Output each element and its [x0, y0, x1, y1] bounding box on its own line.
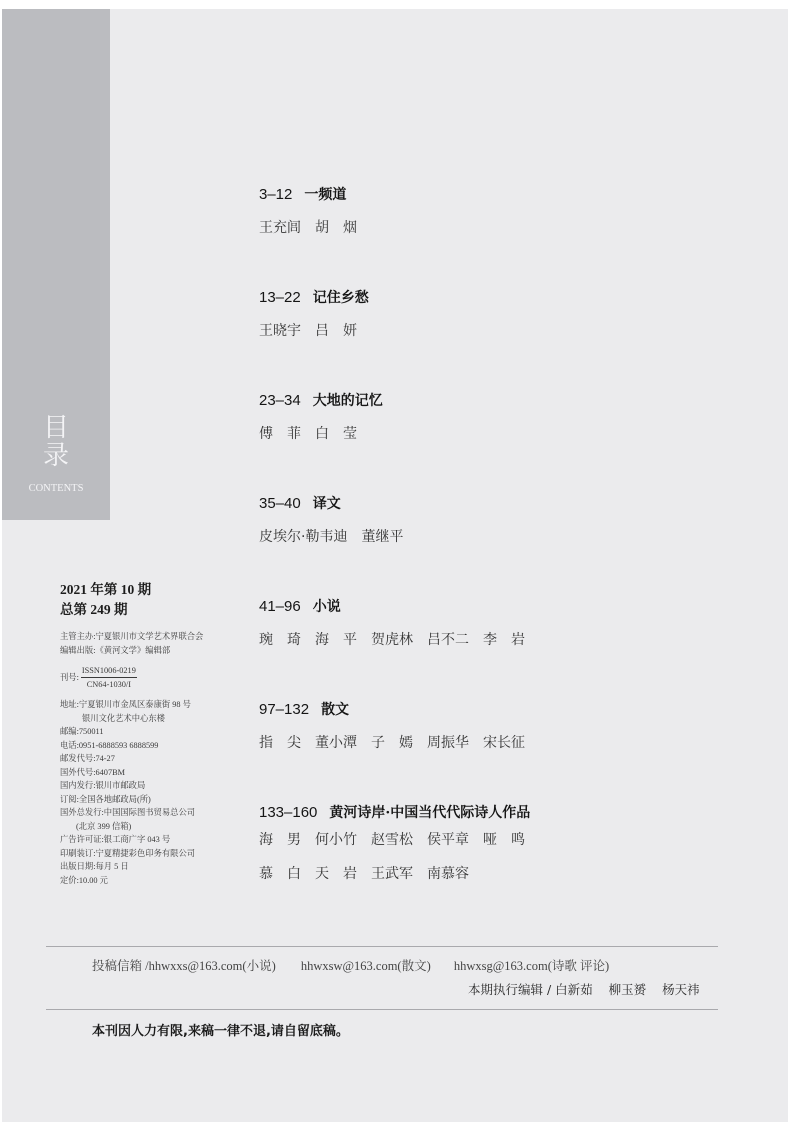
contents-subtitle: CONTENTS	[2, 483, 110, 494]
submission-label: 投稿信箱 /	[92, 959, 149, 973]
toc-authors: 皮埃尔·勒韦迪董继平	[259, 527, 739, 547]
author: 李 岩	[483, 630, 525, 650]
author: 傅 菲	[259, 424, 301, 444]
ad-license: 广告许可证:银工商广字 043 号	[60, 833, 240, 847]
toc-authors: 海 男何小竹赵雪松侯平章哑 鸣	[259, 830, 739, 850]
toc-entry[interactable]: 23–34大地的记忆 傅 菲白 莹	[259, 391, 739, 444]
author: 哑 鸣	[483, 830, 525, 850]
author: 董继平	[361, 527, 403, 547]
divider-bottom	[46, 1009, 718, 1010]
editors-label: 本期执行编辑 / 白新茹	[468, 982, 593, 997]
sponsor-line: 主管主办:宁夏银川市文学艺术界联合会	[60, 630, 240, 644]
submission-emails: 投稿信箱 /hhwxxs@163.com(小说) hhwxsw@163.com(…	[92, 957, 629, 975]
publish-date: 出版日期:每月 5 日	[60, 860, 240, 874]
contents-title-char-1: 目	[2, 414, 110, 442]
magazine-contents-page: 目 录 CONTENTS 2021 年第 10 期 总第 249 期 主管主办:…	[2, 9, 788, 1122]
submission-email-fiction[interactable]: 投稿信箱 /hhwxxs@163.com(小说)	[92, 959, 276, 973]
submission-email-poetry[interactable]: hhwxsg@163.com(诗歌 评论)	[454, 959, 609, 973]
phone: 电话:0951-6888593 6888599	[60, 739, 240, 753]
toc-authors: 傅 菲白 莹	[259, 424, 739, 444]
toc-title: 黄河诗岸·中国当代代际诗人作品	[329, 803, 530, 823]
total-issue-number: 总第 249 期	[60, 600, 240, 620]
overseas-code: 国外代号:6407BM	[60, 766, 240, 780]
toc-authors: 指 尖董小潭子 嫣周振华宋长征	[259, 733, 739, 753]
toc-pages: 3–12	[259, 185, 292, 205]
subscription: 订阅:全国各地邮政局(所)	[60, 793, 240, 807]
cn-number: CN64-1030/I	[87, 678, 131, 690]
price: 定价:10.00 元	[60, 874, 240, 888]
toc-title: 散文	[321, 700, 349, 720]
toc-title: 译文	[313, 494, 341, 514]
issn-fraction: ISSN1006-0219 CN64-1030/I	[81, 665, 137, 690]
author: 何小竹	[315, 830, 357, 850]
author: 王晓宇	[259, 321, 301, 341]
editor-name: 杨天祎	[662, 982, 700, 997]
toc-authors: 王晓宇吕 妍	[259, 321, 739, 341]
overseas-po-box: (北京 399 信箱)	[60, 820, 240, 834]
toc-entry[interactable]: 13–22记住乡愁 王晓宇吕 妍	[259, 288, 739, 341]
toc-entry[interactable]: 41–96小说 琬 琦海 平贺虎林吕不二李 岩	[259, 597, 739, 650]
toc-pages: 41–96	[259, 597, 301, 617]
author: 吕不二	[427, 630, 469, 650]
overseas-distribution: 国外总发行:中国国际图书贸易总公司	[60, 806, 240, 820]
email-fiction: hhwxxs@163.com(小说)	[149, 959, 276, 973]
divider-top	[46, 946, 718, 947]
toc-authors: 王充闾胡 烟	[259, 218, 739, 238]
author: 吕 妍	[315, 321, 357, 341]
address-line-2: 银川文化艺术中心东楼	[60, 712, 240, 726]
author: 皮埃尔·勒韦迪	[259, 527, 347, 547]
contents-sidebar: 目 录 CONTENTS	[2, 9, 110, 520]
executive-editors: 本期执行编辑 / 白新茹 柳玉赟 杨天祎	[468, 981, 712, 999]
author: 海 平	[315, 630, 357, 650]
toc-authors: 慕 白天 岩王武军南慕容	[259, 864, 739, 884]
issn-label: 刊号:	[60, 671, 79, 685]
toc-entry[interactable]: 3–12一频道 王充闾胡 烟	[259, 185, 739, 238]
toc-pages: 35–40	[259, 494, 301, 514]
toc-pages: 13–22	[259, 288, 301, 308]
contents-title-char-2: 录	[2, 442, 110, 470]
toc-title: 小说	[313, 597, 341, 617]
author: 琬 琦	[259, 630, 301, 650]
author: 天 岩	[315, 864, 357, 884]
address-line: 地址:宁夏银川市金凤区泰康街 98 号	[60, 698, 240, 712]
editor-name: 柳玉赟	[609, 982, 647, 997]
toc-title: 一频道	[304, 185, 346, 205]
toc-entry[interactable]: 133–160黄河诗岸·中国当代代际诗人作品 海 男何小竹赵雪松侯平章哑 鸣 慕…	[259, 803, 739, 884]
toc-authors: 琬 琦海 平贺虎林吕不二李 岩	[259, 630, 739, 650]
toc-pages: 133–160	[259, 803, 317, 823]
printer: 印刷装订:宁夏精捷彩色印务有限公司	[60, 847, 240, 861]
submission-email-prose[interactable]: hhwxsw@163.com(散文)	[301, 959, 431, 973]
domestic-distribution: 国内发行:银川市邮政局	[60, 779, 240, 793]
contents-title: 目 录	[2, 414, 110, 470]
issn-block: 刊号: ISSN1006-0219 CN64-1030/I	[60, 665, 240, 690]
author: 子 嫣	[371, 733, 413, 753]
editor-line: 编辑出版:《黄河文学》编辑部	[60, 644, 240, 658]
author: 南慕容	[427, 864, 469, 884]
author: 王充闾	[259, 218, 301, 238]
author: 宋长征	[483, 733, 525, 753]
issn-number: ISSN1006-0219	[81, 665, 137, 678]
submission-notice: 本刊因人力有限,来稿一律不退,请自留底稿。	[92, 1023, 349, 1041]
toc-title: 大地的记忆	[313, 391, 383, 411]
author: 海 男	[259, 830, 301, 850]
author: 胡 烟	[315, 218, 357, 238]
author: 王武军	[371, 864, 413, 884]
author: 董小潭	[315, 733, 357, 753]
author: 赵雪松	[371, 830, 413, 850]
toc-title: 记住乡愁	[313, 288, 369, 308]
author: 贺虎林	[371, 630, 413, 650]
publication-info: 2021 年第 10 期 总第 249 期 主管主办:宁夏银川市文学艺术界联合会…	[60, 580, 240, 887]
publisher-block: 主管主办:宁夏银川市文学艺术界联合会 编辑出版:《黄河文学》编辑部 刊号: IS…	[60, 630, 240, 887]
issue-number: 2021 年第 10 期	[60, 580, 240, 600]
toc-pages: 23–34	[259, 391, 301, 411]
author: 指 尖	[259, 733, 301, 753]
author: 侯平章	[427, 830, 469, 850]
toc-entry[interactable]: 35–40译文 皮埃尔·勒韦迪董继平	[259, 494, 739, 547]
author: 白 莹	[315, 424, 357, 444]
toc-pages: 97–132	[259, 700, 309, 720]
toc-entry[interactable]: 97–132散文 指 尖董小潭子 嫣周振华宋长征	[259, 700, 739, 753]
author: 慕 白	[259, 864, 301, 884]
postal-code: 邮发代号:74-27	[60, 752, 240, 766]
postcode: 邮编:750011	[60, 725, 240, 739]
author: 周振华	[427, 733, 469, 753]
